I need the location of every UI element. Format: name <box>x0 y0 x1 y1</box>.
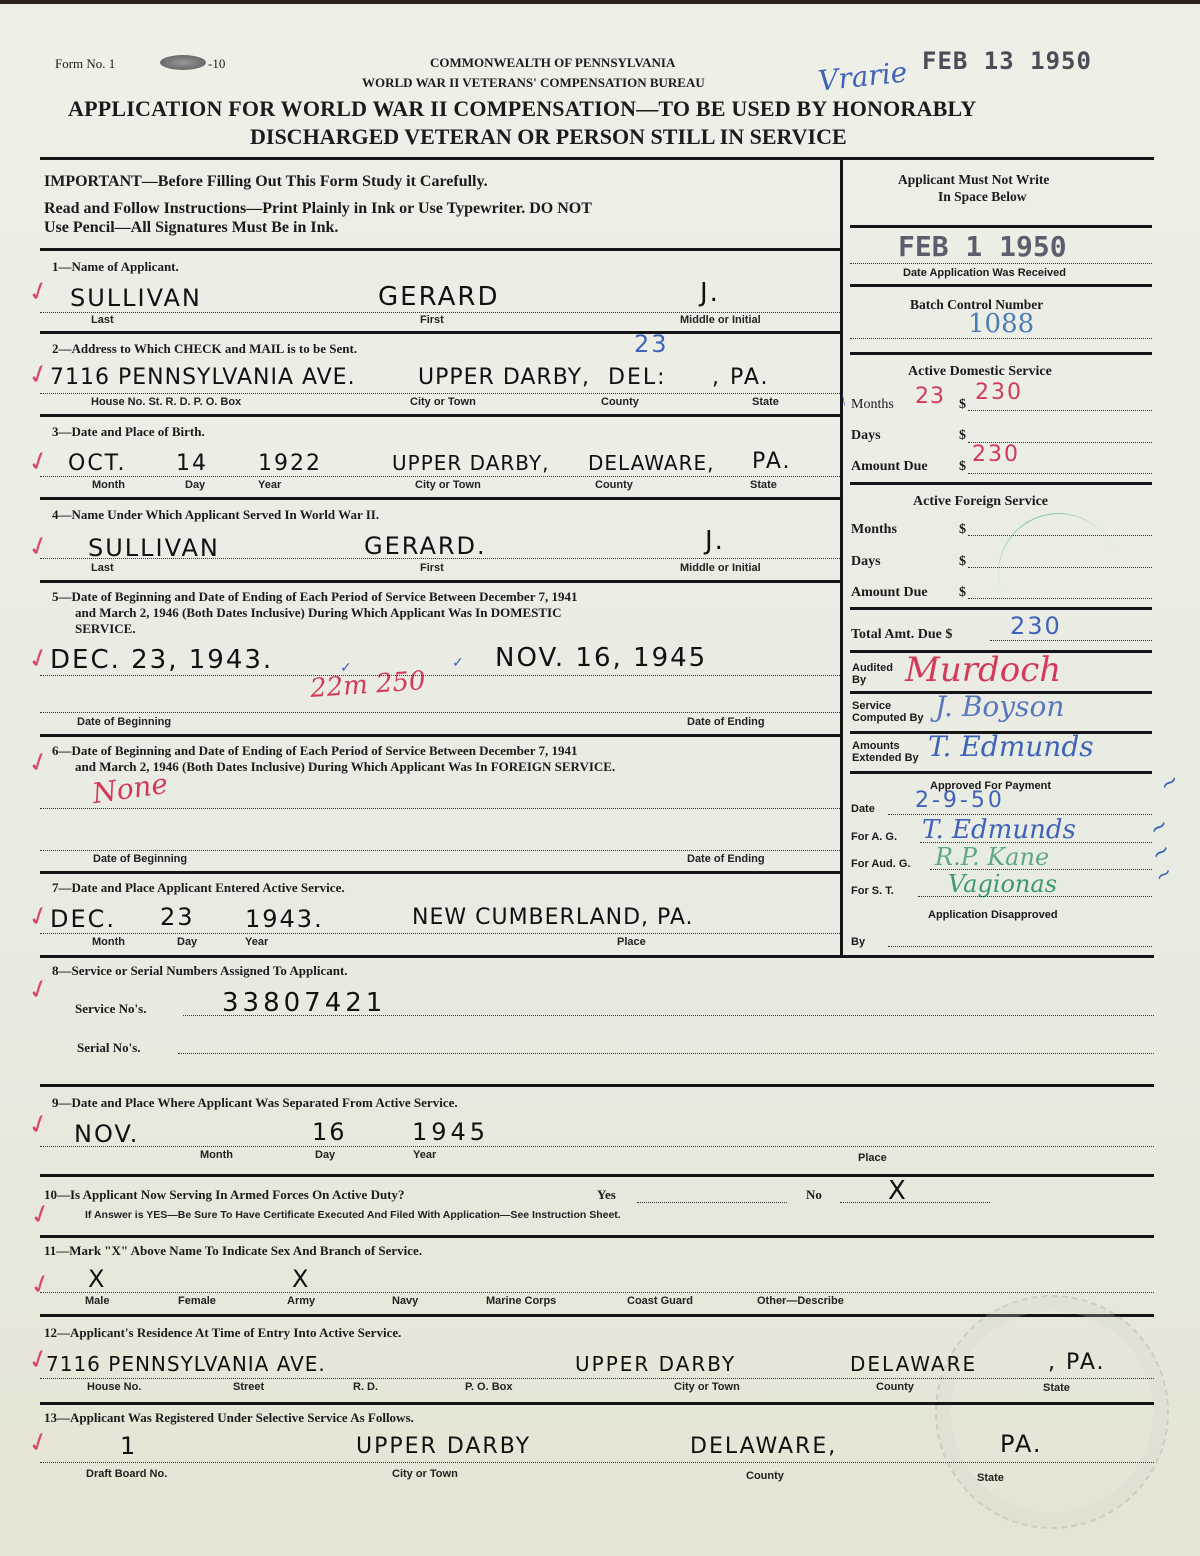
rule <box>40 1174 1154 1177</box>
q12-state[interactable]: , PA. <box>1048 1350 1106 1375</box>
batch-control-number: 1088 <box>968 309 1034 339</box>
q5-label-line2: and March 2, 1946 (Both Dates Inclusive)… <box>75 605 562 621</box>
q10-label: 10—Is Applicant Now Serving In Armed For… <box>44 1187 405 1203</box>
q8-serial-line <box>178 1053 1154 1054</box>
domestic-heading: Active Domestic Service <box>908 364 1052 380</box>
q13-county[interactable]: DELAWARE, <box>690 1434 837 1459</box>
q6-line2 <box>40 850 840 851</box>
dotted-line <box>990 640 1152 641</box>
q8-service-number[interactable]: 33807421 <box>222 988 386 1018</box>
disapproved-by-label: By <box>851 936 865 948</box>
q9-caption-year: Year <box>413 1149 436 1161</box>
q3-caption-city: City or Town <box>415 479 481 491</box>
q3-line <box>40 476 840 477</box>
audited-by-signature: Murdoch <box>905 650 1061 690</box>
q13-caption-board: Draft Board No. <box>86 1468 167 1480</box>
approved-date-label: Date <box>851 803 875 815</box>
q12-label: 12—Applicant's Residence At Time of Entr… <box>44 1325 401 1341</box>
total-due-value: 230 <box>1010 612 1062 640</box>
q5-caption-end: Date of Ending <box>687 716 765 728</box>
q11-option-label: Other—Describe <box>757 1295 844 1307</box>
rule <box>850 482 1152 485</box>
dotted-line <box>968 410 1152 411</box>
q12-caption-state: State <box>1043 1382 1070 1394</box>
q11-mark: X <box>292 1265 310 1293</box>
q3-caption-month: Month <box>92 479 125 491</box>
q3-label: 3—Date and Place of Birth. <box>52 424 205 440</box>
q12-city[interactable]: UPPER DARBY <box>575 1352 736 1376</box>
domestic-months-label: Months <box>851 397 894 413</box>
q3-state[interactable]: PA. <box>752 449 792 474</box>
q2-annotation: 23 <box>634 330 669 358</box>
q13-line <box>40 1462 1154 1463</box>
q10-no-mark[interactable]: X <box>888 1176 908 1206</box>
q2-label: 2—Address to Which CHECK and MAIL is to … <box>52 341 357 357</box>
q4-caption-middle: Middle or Initial <box>680 562 761 574</box>
q8-label: 8—Service or Serial Numbers Assigned To … <box>52 963 348 979</box>
q12-caption-rd: R. D. <box>353 1381 378 1393</box>
q11-option-label: Male <box>85 1295 109 1307</box>
rule <box>40 497 840 500</box>
q8-service-label: Service No's. <box>75 1001 146 1017</box>
q7-label: 7—Date and Place Applicant Entered Activ… <box>52 880 345 896</box>
q3-city[interactable]: UPPER DARBY, <box>392 451 549 475</box>
date-received-label: Date Application Was Received <box>903 267 1066 279</box>
q9-caption-place: Place <box>858 1152 887 1164</box>
domestic-due-amount: 230 <box>972 442 1020 467</box>
q11-option-label: Army <box>287 1295 315 1307</box>
rule <box>40 248 840 251</box>
q11-line <box>40 1292 1154 1293</box>
domestic-months-amount: 230 <box>975 380 1023 405</box>
instructions-line3: Use Pencil—All Signatures Must Be in Ink… <box>44 219 338 237</box>
q2-caption-street: House No. St. R. D. P. O. Box <box>91 396 241 408</box>
q5-caption-begin: Date of Beginning <box>77 716 171 728</box>
form-title-line2: DISCHARGED VETERAN OR PERSON STILL IN SE… <box>250 124 847 150</box>
date-received-line <box>850 263 1152 264</box>
rule <box>40 1235 1154 1238</box>
for-st-signature: Vagionas <box>948 870 1057 898</box>
q3-caption-state: State <box>750 479 777 491</box>
q7-caption-year: Year <box>245 936 268 948</box>
q2-caption-state: State <box>752 396 779 408</box>
q2-caption-county: County <box>601 396 639 408</box>
q13-draft-board[interactable]: 1 <box>120 1432 137 1460</box>
q7-day[interactable]: 23 <box>160 903 195 931</box>
form-title-line1: APPLICATION FOR WORLD WAR II COMPENSATIO… <box>68 96 976 122</box>
q3-county[interactable]: DELAWARE, <box>588 451 714 475</box>
for-aud-g-label: For Aud. G. <box>851 858 910 870</box>
q7-caption-place: Place <box>617 936 646 948</box>
rule <box>40 871 840 874</box>
q6-label-line1: 6—Date of Beginning and Date of Ending o… <box>52 743 577 759</box>
foreign-months-label: Months <box>851 522 897 538</box>
office-heading-line2: In Space Below <box>938 189 1027 205</box>
union-label-icon <box>160 55 206 70</box>
q1-middle-initial[interactable]: J. <box>700 278 720 308</box>
dotted-line <box>888 946 1152 947</box>
q6-caption-begin: Date of Beginning <box>93 853 187 865</box>
q10-note: If Answer is YES—Be Sure To Have Certifi… <box>85 1209 621 1221</box>
approved-date-value: 2-9-50 <box>915 788 1005 813</box>
q12-line <box>40 1378 1154 1379</box>
q10-yes-line <box>637 1202 787 1203</box>
for-st-label: For S. T. <box>851 885 894 897</box>
q3-day[interactable]: 14 <box>176 451 208 476</box>
q1-caption-middle: Middle or Initial <box>680 314 761 326</box>
q9-year[interactable]: 1945 <box>412 1118 489 1146</box>
q13-caption-state: State <box>977 1472 1004 1484</box>
foreign-due-label: Amount Due <box>851 585 928 601</box>
dollar-sign: $ <box>959 585 966 601</box>
q5-line2 <box>40 712 840 713</box>
form-number: Form No. 1 -10 <box>55 56 115 72</box>
q12-caption-county: County <box>876 1381 914 1393</box>
q11-option-label: Coast Guard <box>627 1295 693 1307</box>
q6-line1 <box>40 808 840 809</box>
q1-first-name[interactable]: GERARD <box>378 282 499 312</box>
q7-year[interactable]: 1943. <box>245 905 324 933</box>
q13-caption-county: County <box>746 1470 784 1482</box>
q9-caption-day: Day <box>315 1149 335 1161</box>
form-suffix: -10 <box>208 56 225 72</box>
q7-month[interactable]: DEC. <box>50 905 116 933</box>
q12-caption-po-box: P. O. Box <box>465 1381 512 1393</box>
scan-top-edge <box>0 0 1200 4</box>
q3-caption-day: Day <box>185 479 205 491</box>
computed-by-signature: J. Boyson <box>935 690 1064 723</box>
q13-caption-city: City or Town <box>392 1468 458 1480</box>
q12-street[interactable]: 7116 PENNSYLVANIA AVE. <box>46 1352 326 1376</box>
rule <box>850 771 1152 774</box>
q9-caption-month: Month <box>200 1149 233 1161</box>
rule <box>850 352 1152 355</box>
q12-county[interactable]: DELAWARE <box>850 1352 977 1376</box>
q9-label: 9—Date and Place Where Applicant Was Sep… <box>52 1095 458 1111</box>
instructions-line2: Read and Follow Instructions—Print Plain… <box>44 200 592 218</box>
foreign-heading: Active Foreign Service <box>913 494 1048 510</box>
q1-caption-first: First <box>420 314 444 326</box>
q7-caption-month: Month <box>92 936 125 948</box>
dotted-line <box>918 896 1152 897</box>
q10-yes-label: Yes <box>597 1187 616 1203</box>
foreign-days-label: Days <box>851 554 881 570</box>
q4-first-name[interactable]: GERARD. <box>364 532 487 560</box>
rule <box>40 331 840 334</box>
blue-tick-icon: ✓ <box>452 655 464 672</box>
instructions-line1: IMPORTANT—Before Filling Out This Form S… <box>44 173 488 191</box>
q7-place[interactable]: NEW CUMBERLAND, PA. <box>412 905 694 930</box>
column-divider <box>840 157 843 957</box>
q1-line <box>40 312 840 313</box>
q2-street[interactable]: 7116 PENNSYLVANIA AVE. <box>50 365 356 390</box>
for-ag-label: For A. G. <box>851 831 897 843</box>
q2-line <box>40 393 840 394</box>
q12-caption-street: Street <box>233 1381 264 1393</box>
domestic-months-value: 23 <box>915 384 945 409</box>
dollar-sign: $ <box>959 428 966 444</box>
rule <box>40 580 840 583</box>
q4-line <box>40 558 840 559</box>
q1-last-name[interactable]: SULLIVAN <box>70 284 202 312</box>
dotted-line <box>968 598 1152 599</box>
q4-label: 4—Name Under Which Applicant Served In W… <box>52 507 379 523</box>
rule <box>40 414 840 417</box>
rule <box>40 1402 1154 1405</box>
rule <box>40 734 840 737</box>
q6-caption-end: Date of Ending <box>687 853 765 865</box>
for-ag-signature: T. Edmunds <box>922 815 1076 845</box>
q10-no-label: No <box>806 1187 822 1203</box>
audited-by-label: Audited By <box>852 662 900 686</box>
computed-by-label: Service Computed By <box>852 700 942 724</box>
q2-state[interactable]: , PA. <box>712 365 770 390</box>
q4-caption-last: Last <box>91 562 114 574</box>
q5-begin-date[interactable]: DEC. 23, 1943. <box>50 645 273 675</box>
q12-caption-house: House No. <box>87 1381 141 1393</box>
q7-line <box>40 933 840 934</box>
q1-caption-last: Last <box>91 314 114 326</box>
q13-label: 13—Applicant Was Registered Under Select… <box>44 1410 414 1426</box>
q2-county[interactable]: DEL: <box>608 365 667 390</box>
disapproved-heading: Application Disapproved <box>928 909 1058 921</box>
rule <box>850 607 1152 610</box>
q2-caption-city: City or Town <box>410 396 476 408</box>
rule <box>40 955 1154 958</box>
agency-line1: COMMONWEALTH OF PENNSYLVANIA <box>430 55 675 71</box>
q11-option-label: Marine Corps <box>486 1295 556 1307</box>
q3-year[interactable]: 1922 <box>258 451 322 476</box>
q5-end-date[interactable]: NOV. 16, 1945 <box>495 643 707 673</box>
q8-serial-label: Serial No's. <box>77 1040 141 1056</box>
q5-line1 <box>40 675 840 676</box>
form-number-text: Form No. 1 <box>55 56 115 71</box>
dollar-sign: $ <box>959 459 966 475</box>
dotted-line <box>968 473 1152 474</box>
total-due-label: Total Amt. Due $ <box>851 627 952 643</box>
dollar-sign: $ <box>959 522 966 538</box>
q3-caption-county: County <box>595 479 633 491</box>
rule <box>40 1084 1154 1087</box>
q3-caption-year: Year <box>258 479 281 491</box>
q8-service-line <box>183 1015 1154 1016</box>
q7-caption-day: Day <box>177 936 197 948</box>
office-heading-line1: Applicant Must Not Write <box>898 172 1049 188</box>
received-stamp-header: FEB 13 1950 <box>922 47 1092 75</box>
dollar-sign: $ <box>959 397 966 413</box>
q11-option-label: Female <box>178 1295 216 1307</box>
q4-middle-initial[interactable]: J. <box>705 526 725 556</box>
batch-line <box>850 338 1152 339</box>
embossed-seal <box>935 1295 1169 1529</box>
dollar-sign: $ <box>959 554 966 570</box>
domestic-due-label: Amount Due <box>851 459 928 475</box>
q1-label: 1—Name of Applicant. <box>52 259 179 275</box>
q9-month[interactable]: NOV. <box>74 1120 139 1148</box>
q9-line <box>40 1146 1154 1147</box>
q5-label-line3: SERVICE. <box>75 621 136 637</box>
q9-day[interactable]: 16 <box>312 1118 347 1146</box>
q5-label-line1: 5—Date of Beginning and Date of Ending o… <box>52 589 577 605</box>
header-rule <box>40 157 1154 160</box>
q13-state[interactable]: PA. <box>1000 1430 1043 1458</box>
rule <box>850 225 1152 228</box>
date-received-stamp: FEB 1 1950 <box>898 230 1067 263</box>
q2-city[interactable]: UPPER DARBY, <box>418 365 590 390</box>
q13-city[interactable]: UPPER DARBY <box>356 1434 531 1459</box>
rule <box>850 284 1152 287</box>
q11-mark: X <box>88 1265 106 1293</box>
q3-month[interactable]: OCT. <box>68 451 127 476</box>
q12-caption-city: City or Town <box>674 1381 740 1393</box>
q10-no-line <box>840 1202 990 1203</box>
domestic-days-label: Days <box>851 428 881 444</box>
q4-caption-first: First <box>420 562 444 574</box>
extended-by-label: Amounts Extended By <box>852 740 932 764</box>
q11-label: 11—Mark "X" Above Name To Indicate Sex A… <box>44 1243 422 1259</box>
for-aud-g-signature: R.P. Kane <box>935 843 1049 871</box>
q11-option-label: Navy <box>392 1295 418 1307</box>
agency-line2: WORLD WAR II VETERANS' COMPENSATION BURE… <box>362 75 705 91</box>
extended-by-signature: T. Edmunds <box>928 730 1094 763</box>
